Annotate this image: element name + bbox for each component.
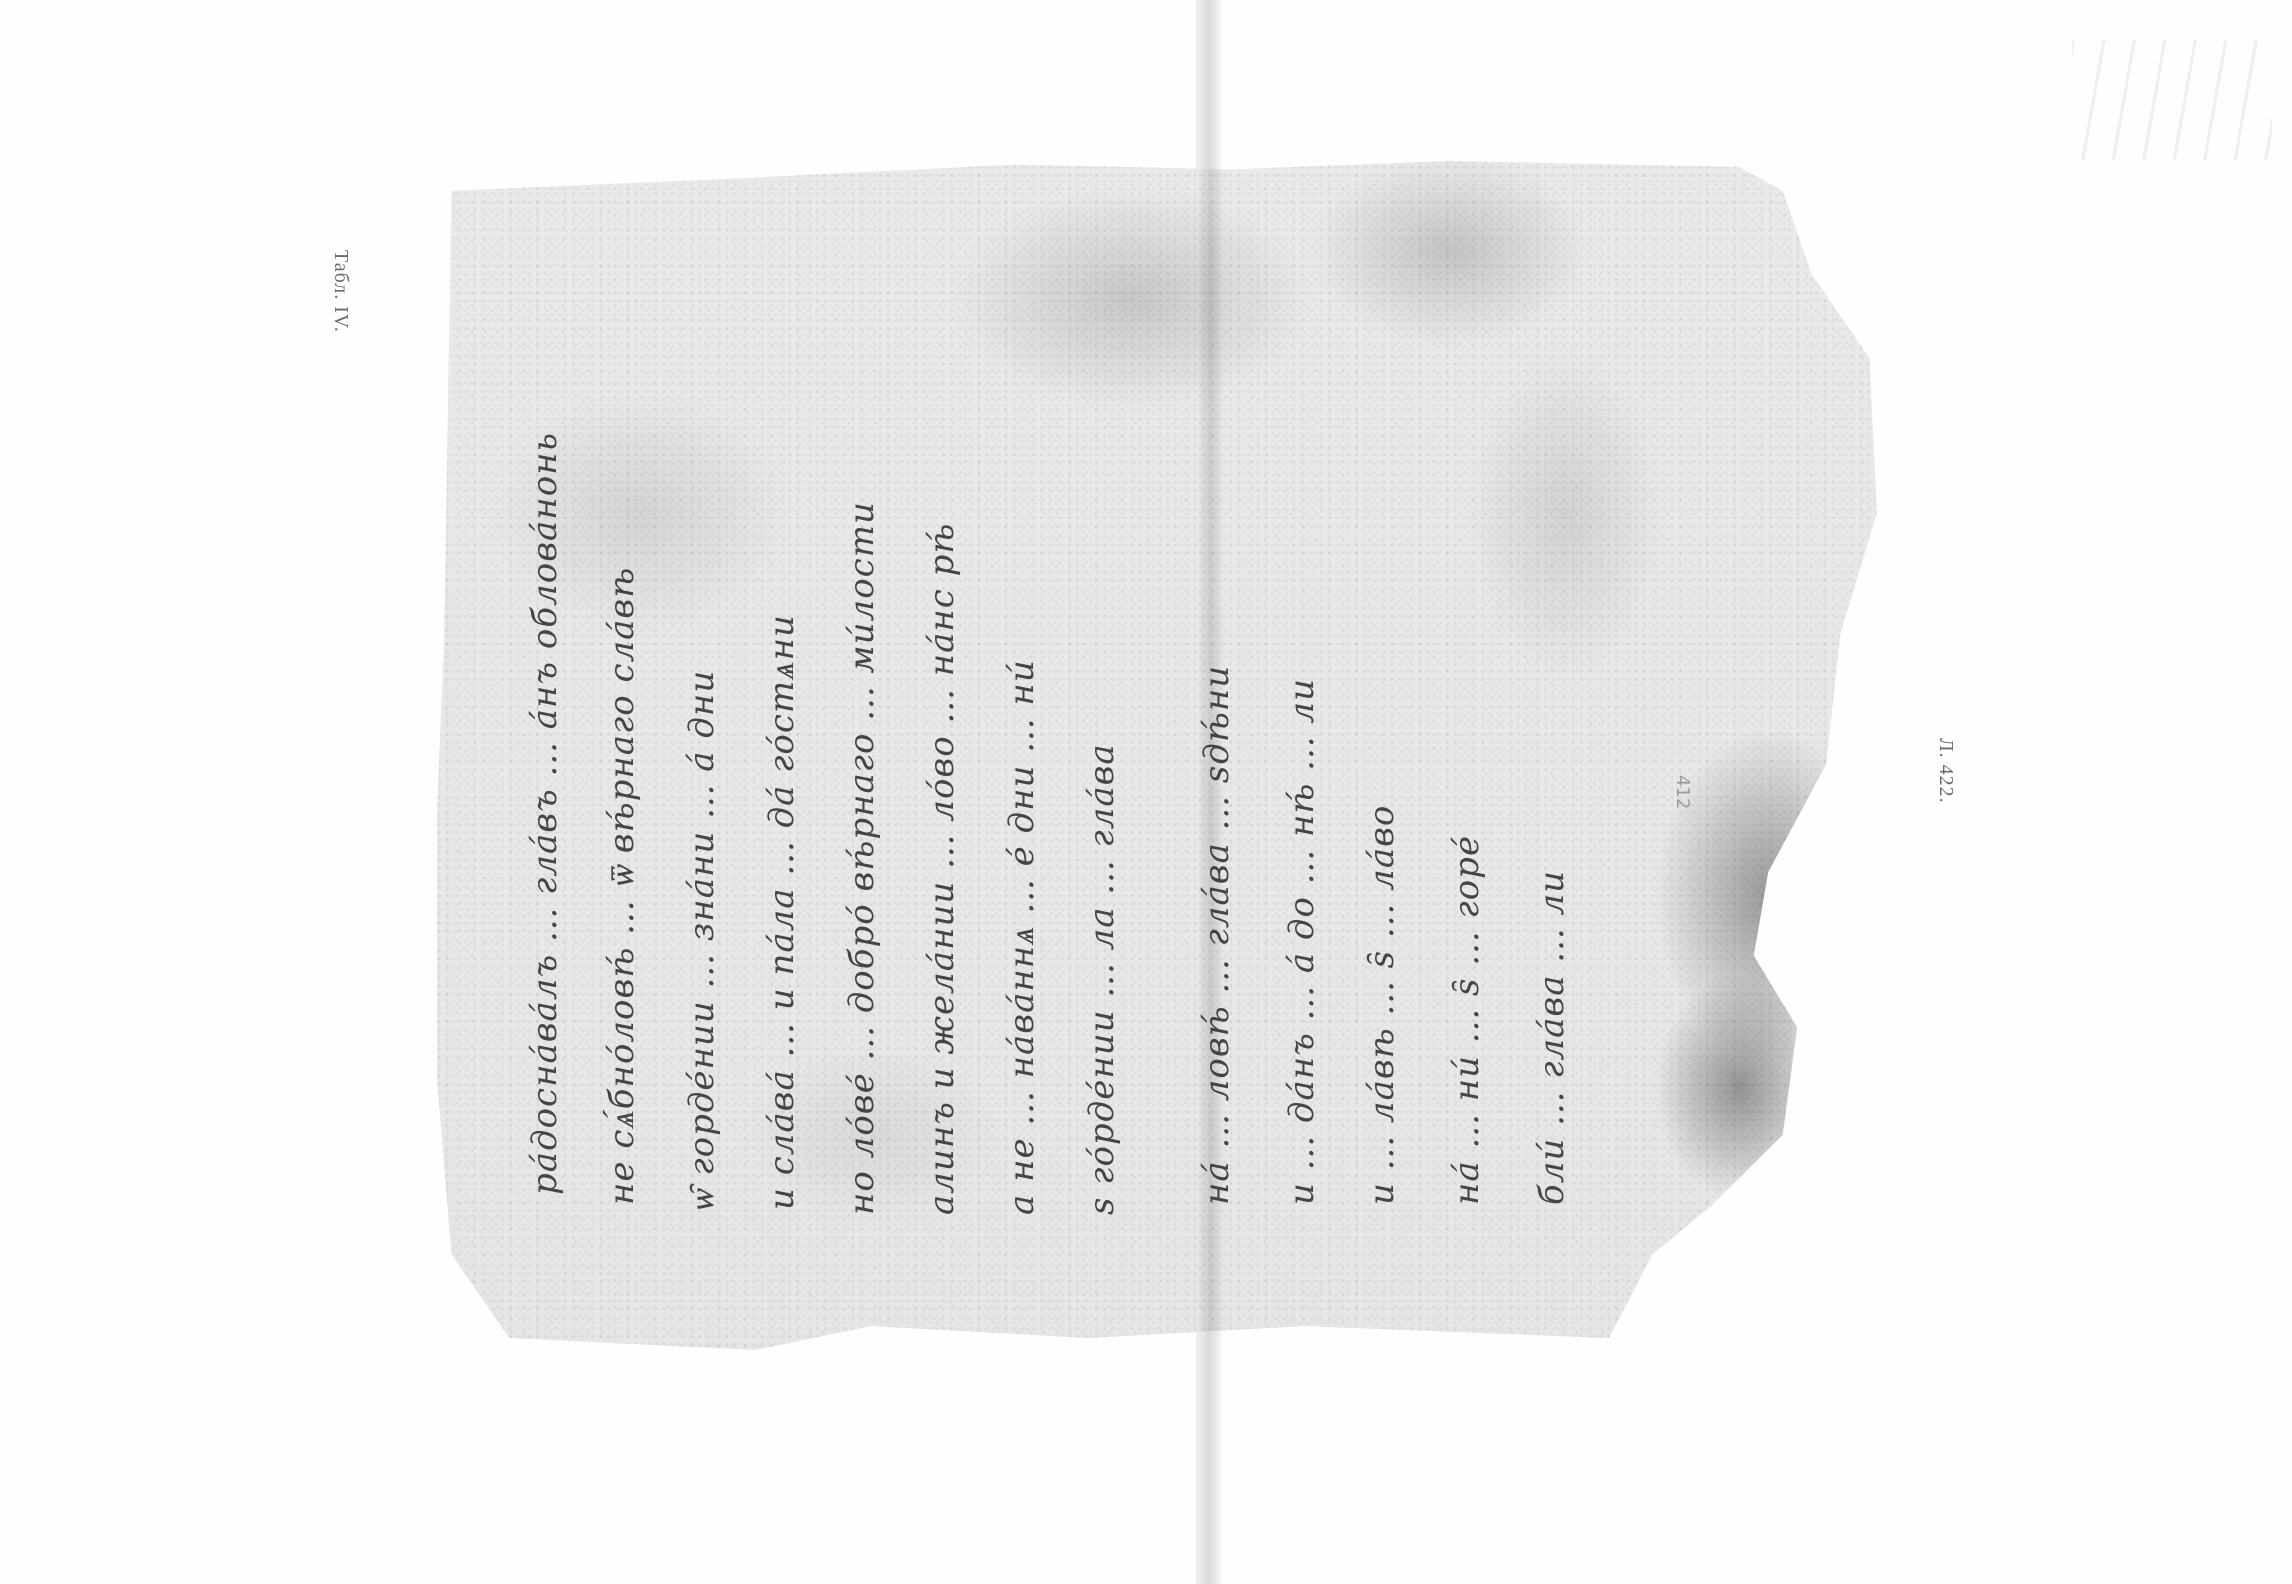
manuscript-line: бли́ ... гла́ва ... ли xyxy=(1532,870,1572,1205)
pencil-foliation-mark: 412 xyxy=(1672,775,1693,809)
leaf-texture xyxy=(437,155,1884,1350)
manuscript-line: ѕ го́рде́нии ... ла ... гла́ва xyxy=(1082,743,1122,1215)
bleed-through-marks xyxy=(2072,40,2272,160)
manuscript-line: алинъ и жела́нии ... ло́во ... на́нс рѣ́ xyxy=(922,523,962,1215)
manuscript-line: и сла́ва́ ... и па́ла ... да́ го́стѧни xyxy=(762,614,802,1210)
plate-label: Табл. IV. xyxy=(329,250,352,333)
manuscript-line: а не ... на́ва́ннѧ ... е́ дни ... ни́ xyxy=(1002,659,1042,1215)
manuscript-line: на́ ... ни́ ... ѕ̑ ... горе́ xyxy=(1447,835,1487,1205)
manuscript-leaf-photo: ра́досна́ва́лъ ... гла́въ ... а́нъ облов… xyxy=(437,155,1884,1350)
manuscript-line: ѡ̑ горде́нии ... зна́ни ... а́ дни xyxy=(682,670,722,1210)
manuscript-line: не сѧ́бно́ловѣ́ ... ѿ вѣ́рнаго сла́вѣ xyxy=(602,567,642,1205)
manuscript-line: и ... да́нъ ... а́ до ... нѣ́ ... ли xyxy=(1282,678,1322,1205)
manuscript-line: но ло́ве́ ... добро́ вѣ́рнаго ... ми́лос… xyxy=(842,501,882,1215)
manuscript-line: и ... ла́вѣ ... ѕ̑ ... ла́во xyxy=(1362,805,1402,1205)
folio-label: Л. 422. xyxy=(1934,738,1957,804)
manuscript-line: на́ ... ловѣ́ ... гла́ва ... ѕдѣ́ни xyxy=(1197,665,1237,1205)
book-spread: Табл. IV. ра́досна́ва́лъ ... гла́въ ... … xyxy=(0,0,2292,1584)
manuscript-line: ра́досна́ва́лъ ... гла́въ ... а́нъ облов… xyxy=(525,432,565,1195)
